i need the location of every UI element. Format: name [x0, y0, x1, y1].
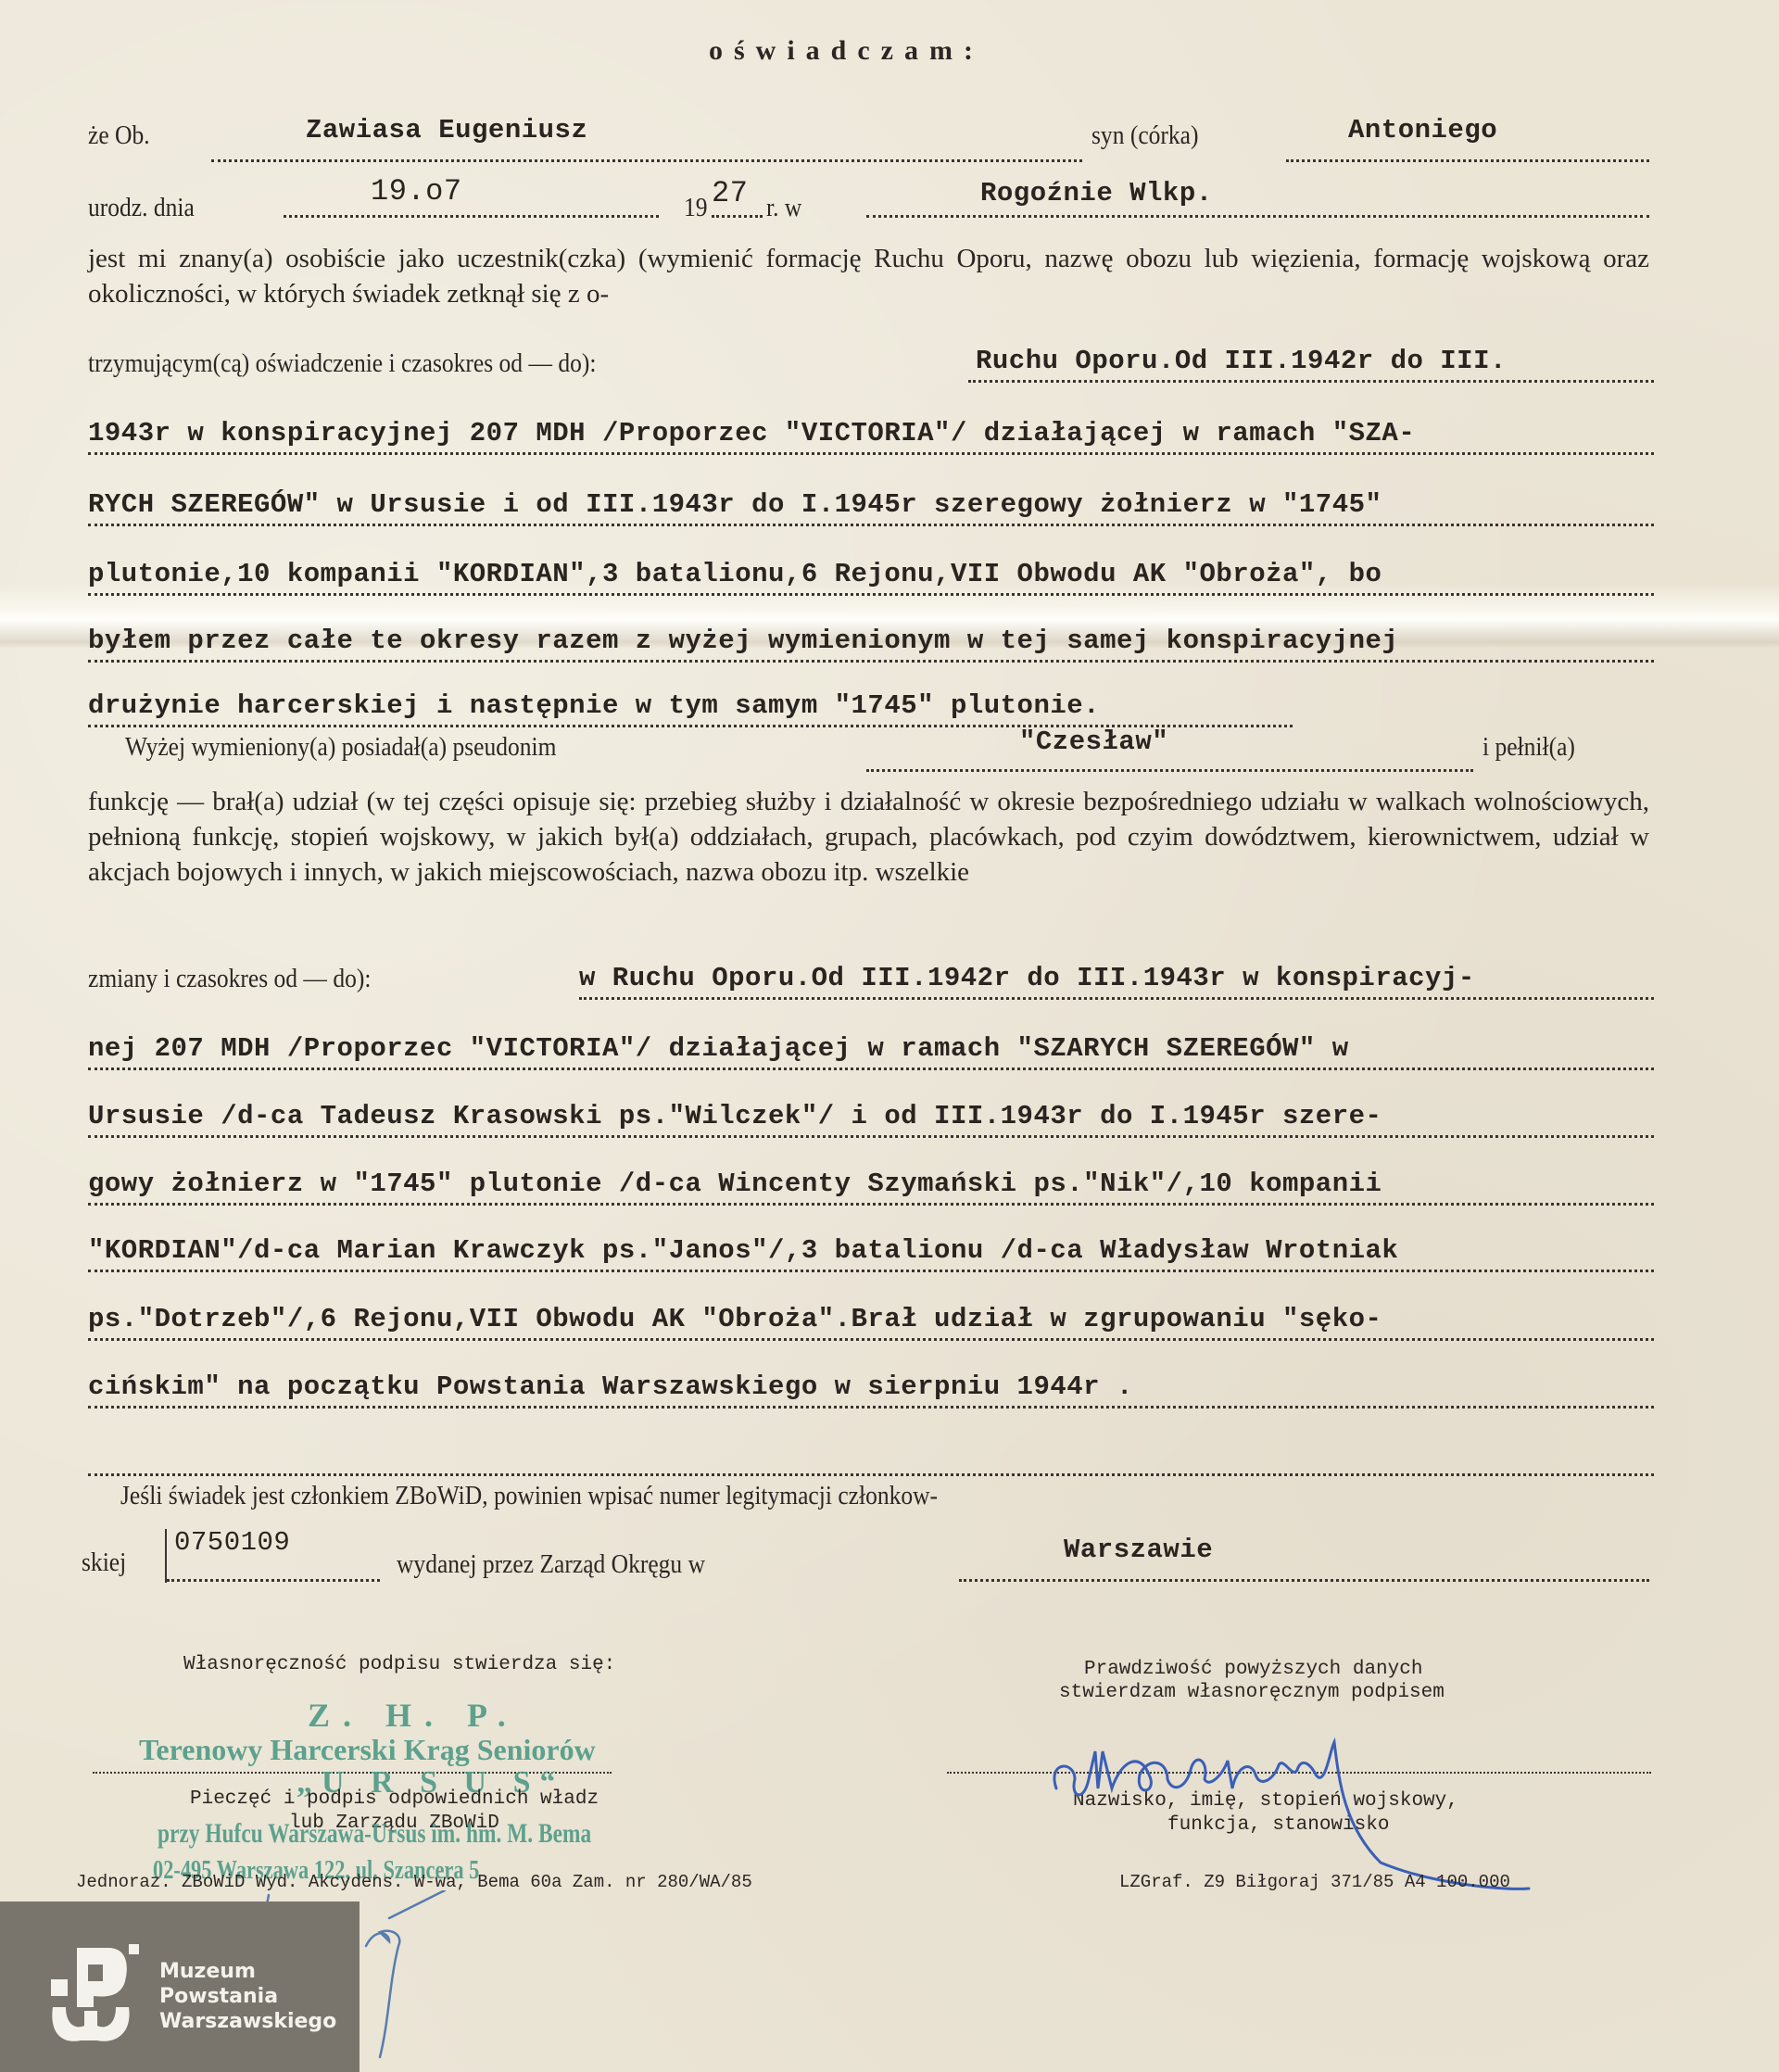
- zbowid-paragraph: Jeśli świadek jest członkiem ZBoWiD, pow…: [120, 1481, 938, 1511]
- urodz-label: urodz. dnia: [88, 193, 195, 223]
- function-tail-label: zmiany i czasokres od — do):: [88, 964, 371, 994]
- syn-corka-label: syn (córka): [1091, 120, 1199, 151]
- left-heading: Własnoręczność podpisu stwierdza się:: [183, 1654, 615, 1675]
- section2-line: Ursusie /d-ca Tadeusz Krasowski ps."Wilc…: [88, 1098, 1654, 1138]
- okreg-value: Warszawie: [1064, 1535, 1213, 1565]
- museum-name-line-3: Warszawskiego: [159, 2009, 336, 2034]
- stamp-line-1: Z. H. P.: [308, 1696, 519, 1735]
- section1-line: plutonie,10 kompanii "KORDIAN",3 batalio…: [88, 556, 1654, 596]
- legitymacja-line: [167, 1579, 380, 1582]
- section2-line: cińskim" na początku Powstania Warszawsk…: [88, 1369, 1654, 1409]
- skiej-label: skiej: [82, 1548, 126, 1578]
- kotwica-anchor-icon: [51, 1944, 139, 2046]
- birth-place-line: [866, 215, 1649, 218]
- section1-line: RYCH SZEREGÓW" w Ursusie i od III.1943r …: [88, 486, 1654, 526]
- section1-line: drużynie harcerskiej i następnie w tym s…: [88, 688, 1293, 727]
- birth-day-value: 19.o7: [371, 174, 462, 208]
- pseudonym-label: Wyżej wymieniony(a) posiadał(a) pseudoni…: [125, 732, 556, 763]
- function-paragraph: funkcję — brał(a) udział (w tej części o…: [88, 784, 1649, 890]
- intro-tail-label: trzymującym(cą) oświadczenie i czasokres…: [88, 348, 596, 379]
- pelnil-label: i pełnił(a): [1482, 732, 1575, 763]
- footer-imprint-right: LZGraf. Z9 Biłgoraj 371/85 A4 100.000: [1119, 1872, 1510, 1892]
- section2-line-empty: [88, 1436, 1654, 1476]
- father-value: Antoniego: [1348, 115, 1497, 145]
- section1-line: 1943r w konspiracyjnej 207 MDH /Proporze…: [88, 415, 1654, 455]
- ze-ob-label: że Ob.: [88, 120, 150, 151]
- birth-year-line: [712, 215, 763, 218]
- okreg-line: [959, 1579, 1649, 1582]
- section2-line: gowy żołnierz w "1745" plutonie /d-ca Wi…: [88, 1166, 1654, 1206]
- right-heading-1: Prawdziwość powyższych danych: [1084, 1659, 1422, 1680]
- museum-watermark: Muzeum Powstania Warszawskiego: [0, 1901, 360, 2072]
- r-w-label: r. w: [766, 193, 801, 223]
- legitymacja-value: 0750109: [174, 1527, 290, 1558]
- section2-line: ps."Dotrzeb"/,6 Rejonu,VII Obwodu AK "Ob…: [88, 1301, 1654, 1341]
- stamp-line-2: Terenowy Harcerski Krąg Seniorów: [139, 1733, 596, 1767]
- section2-line: nej 207 MDH /Proporzec "VICTORIA"/ dział…: [88, 1030, 1654, 1070]
- birth-year-value: 27: [712, 176, 748, 210]
- father-field-line: [1286, 159, 1649, 162]
- document-title: oświadczam:: [709, 35, 984, 67]
- legitymacja-box-edge: [165, 1529, 167, 1583]
- year-prefix: 19: [684, 193, 708, 223]
- left-caption-1: Pieczęć i podpis odpowiednich władz: [190, 1788, 599, 1810]
- name-value: Zawiasa Eugeniusz: [306, 115, 587, 145]
- handwritten-signature-right: [1047, 1724, 1696, 1890]
- section2-line: "KORDIAN"/d-ca Marian Krawczyk ps."Janos…: [88, 1232, 1654, 1272]
- museum-name-line-1: Muzeum: [159, 1959, 256, 1984]
- section2-line: w Ruchu Oporu.Od III.1942r do III.1943r …: [579, 960, 1654, 1000]
- birth-place-value: Rogoźnie Wlkp.: [980, 178, 1213, 208]
- pseudonym-value: "Czesław": [1019, 726, 1168, 757]
- section1-line: Ruchu Oporu.Od III.1942r do III.: [968, 343, 1654, 383]
- wydanej-label: wydanej przez Zarząd Okręgu w: [397, 1549, 705, 1580]
- section1-line: byłem przez całe te okresy razem z wyżej…: [88, 623, 1654, 663]
- intro-paragraph: jest mi znany(a) osobiście jako uczestni…: [88, 241, 1649, 311]
- museum-name-line-2: Powstania: [159, 1984, 278, 2009]
- pseudonym-line: [866, 769, 1473, 772]
- birth-day-line: [284, 215, 659, 218]
- footer-imprint-left: Jednoraz. ZBoWiD Wyd. Akcydens. W-wa, Be…: [76, 1872, 752, 1892]
- right-heading-2: stwierdzam własnoręcznym podpisem: [1059, 1682, 1445, 1703]
- stamp-line-4: przy Hufcu Warszawa-Ursus im. hm. M. Bem…: [158, 1818, 591, 1850]
- name-field-line: [211, 159, 1082, 162]
